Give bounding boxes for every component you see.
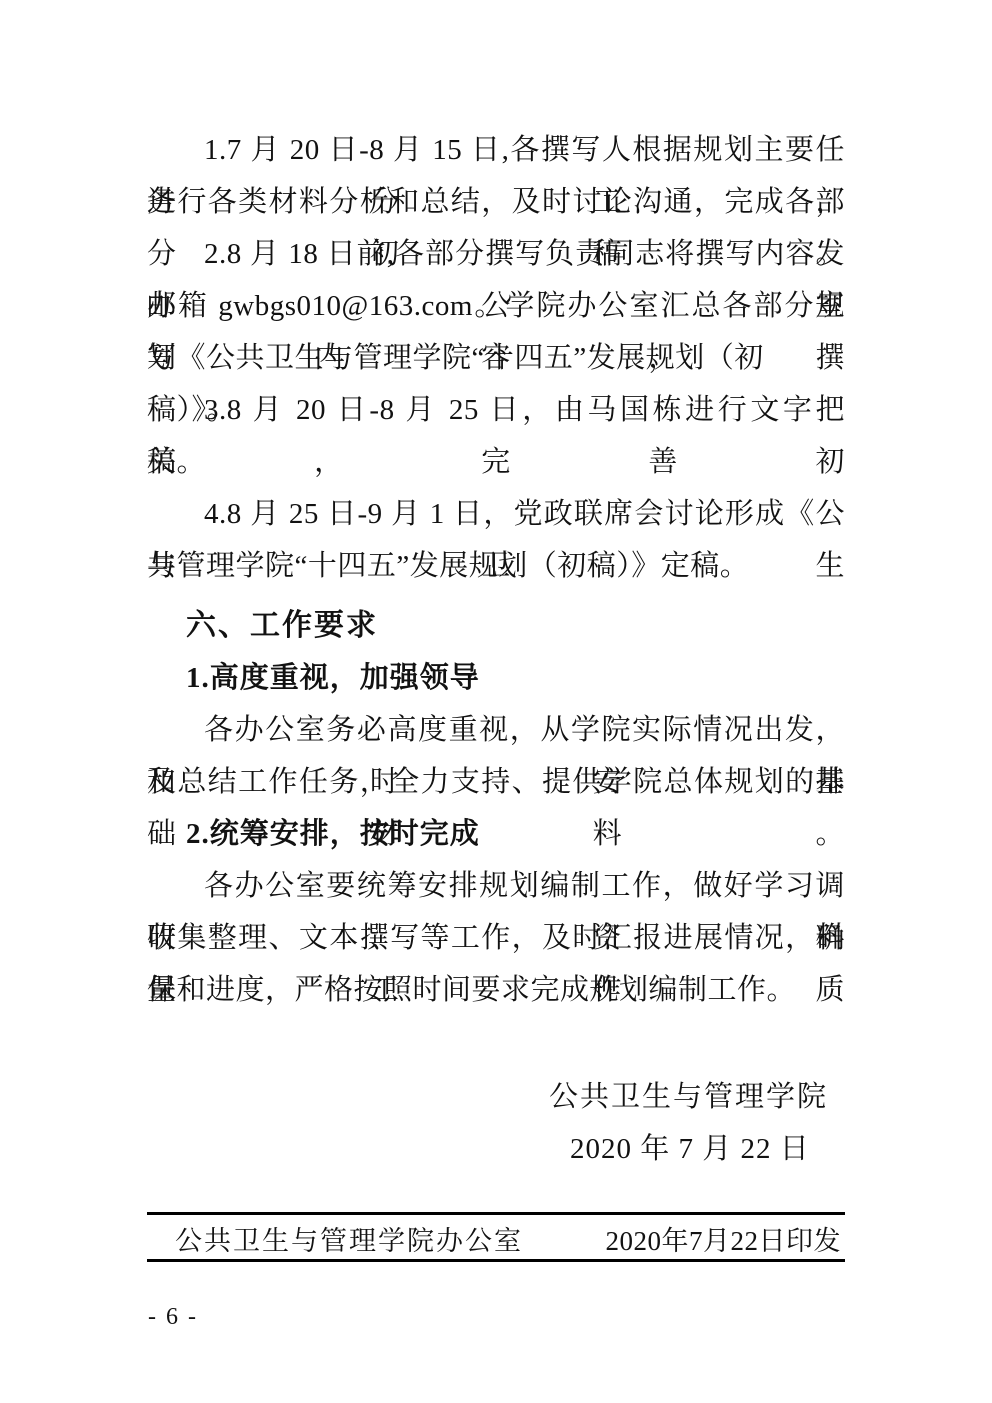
paragraph: 4.8 月 25 日-9 月 1 日，党政联席会讨论形成《公共卫生 与管理学院“… <box>147 488 845 592</box>
body-line: 和总结工作任务，全力支持、提供学院总体规划的基础材料。 <box>147 756 845 808</box>
signature-org: 公共卫生与管理学院 <box>549 1071 845 1123</box>
body-line: 量和进度，严格按照时间要求完成规划编制工作。 <box>147 964 845 1016</box>
body-line: 邮箱 gwbgs010@163.com。学院办公室汇总各部分规划内容，撰 <box>147 280 845 332</box>
paragraph: 各办公室要统筹安排规划编制工作，做好学习调研、资料 收集整理、文本撰写等工作，及… <box>147 860 845 1016</box>
paragraph: 3.8 月 20 日-8 月 25 日，由马国栋进行文字把关，完善初 稿。 <box>147 384 845 488</box>
footer-print-date: 2020年7月22日印发 <box>606 1219 842 1258</box>
paragraph: 1.7 月 20 日-8 月 15 日,各撰写人根据规划主要任务分工， 进行各类… <box>147 124 845 228</box>
body-line: 收集整理、文本撰写等工作，及时汇报进展情况，确保工作质 <box>147 912 845 964</box>
page-number: - 6 - <box>147 1304 845 1331</box>
body-line: 3.8 月 20 日-8 月 25 日，由马国栋进行文字把关，完善初 <box>147 384 845 436</box>
body-line: 2.8 月 18 日前,各部分撰写负责同志将撰写内容发办公室 <box>147 228 845 280</box>
body-line: 各办公室务必高度重视，从学院实际情况出发，及时安排 <box>147 704 845 756</box>
body-line: 与管理学院“十四五”发展规划（初稿）》定稿。 <box>147 540 845 592</box>
document-page: 1.7 月 20 日-8 月 15 日,各撰写人根据规划主要任务分工， 进行各类… <box>0 0 992 1403</box>
body-line: 写《公共卫生与管理学院“十四五”发展规划（初稿）》。 <box>147 332 845 384</box>
signature-date: 2020 年 7 月 22 日 <box>570 1123 845 1175</box>
document-footer: 公共卫生与管理学院办公室 2020年7月22日印发 <box>147 1212 845 1262</box>
paragraph: 2.8 月 18 日前,各部分撰写负责同志将撰写内容发办公室 邮箱 gwbgs0… <box>147 228 845 384</box>
body-line: 各办公室要统筹安排规划编制工作，做好学习调研、资料 <box>147 860 845 912</box>
subheading-1: 1.高度重视，加强领导 <box>147 652 845 704</box>
body-line: 1.7 月 20 日-8 月 15 日,各撰写人根据规划主要任务分工， <box>147 124 845 176</box>
body-line: 4.8 月 25 日-9 月 1 日，党政联席会讨论形成《公共卫生 <box>147 488 845 540</box>
document-body: 1.7 月 20 日-8 月 15 日,各撰写人根据规划主要任务分工， 进行各类… <box>0 0 992 1331</box>
section-heading: 六、工作要求 <box>147 600 845 652</box>
paragraph: 各办公室务必高度重视，从学院实际情况出发，及时安排 和总结工作任务，全力支持、提… <box>147 704 845 808</box>
signature-block: 公共卫生与管理学院 2020 年 7 月 22 日 <box>147 1071 845 1175</box>
footer-issuer: 公共卫生与管理学院办公室 <box>175 1219 523 1258</box>
body-line: 进行各类材料分析和总结，及时讨论沟通，完成各部分初稿。 <box>147 176 845 228</box>
